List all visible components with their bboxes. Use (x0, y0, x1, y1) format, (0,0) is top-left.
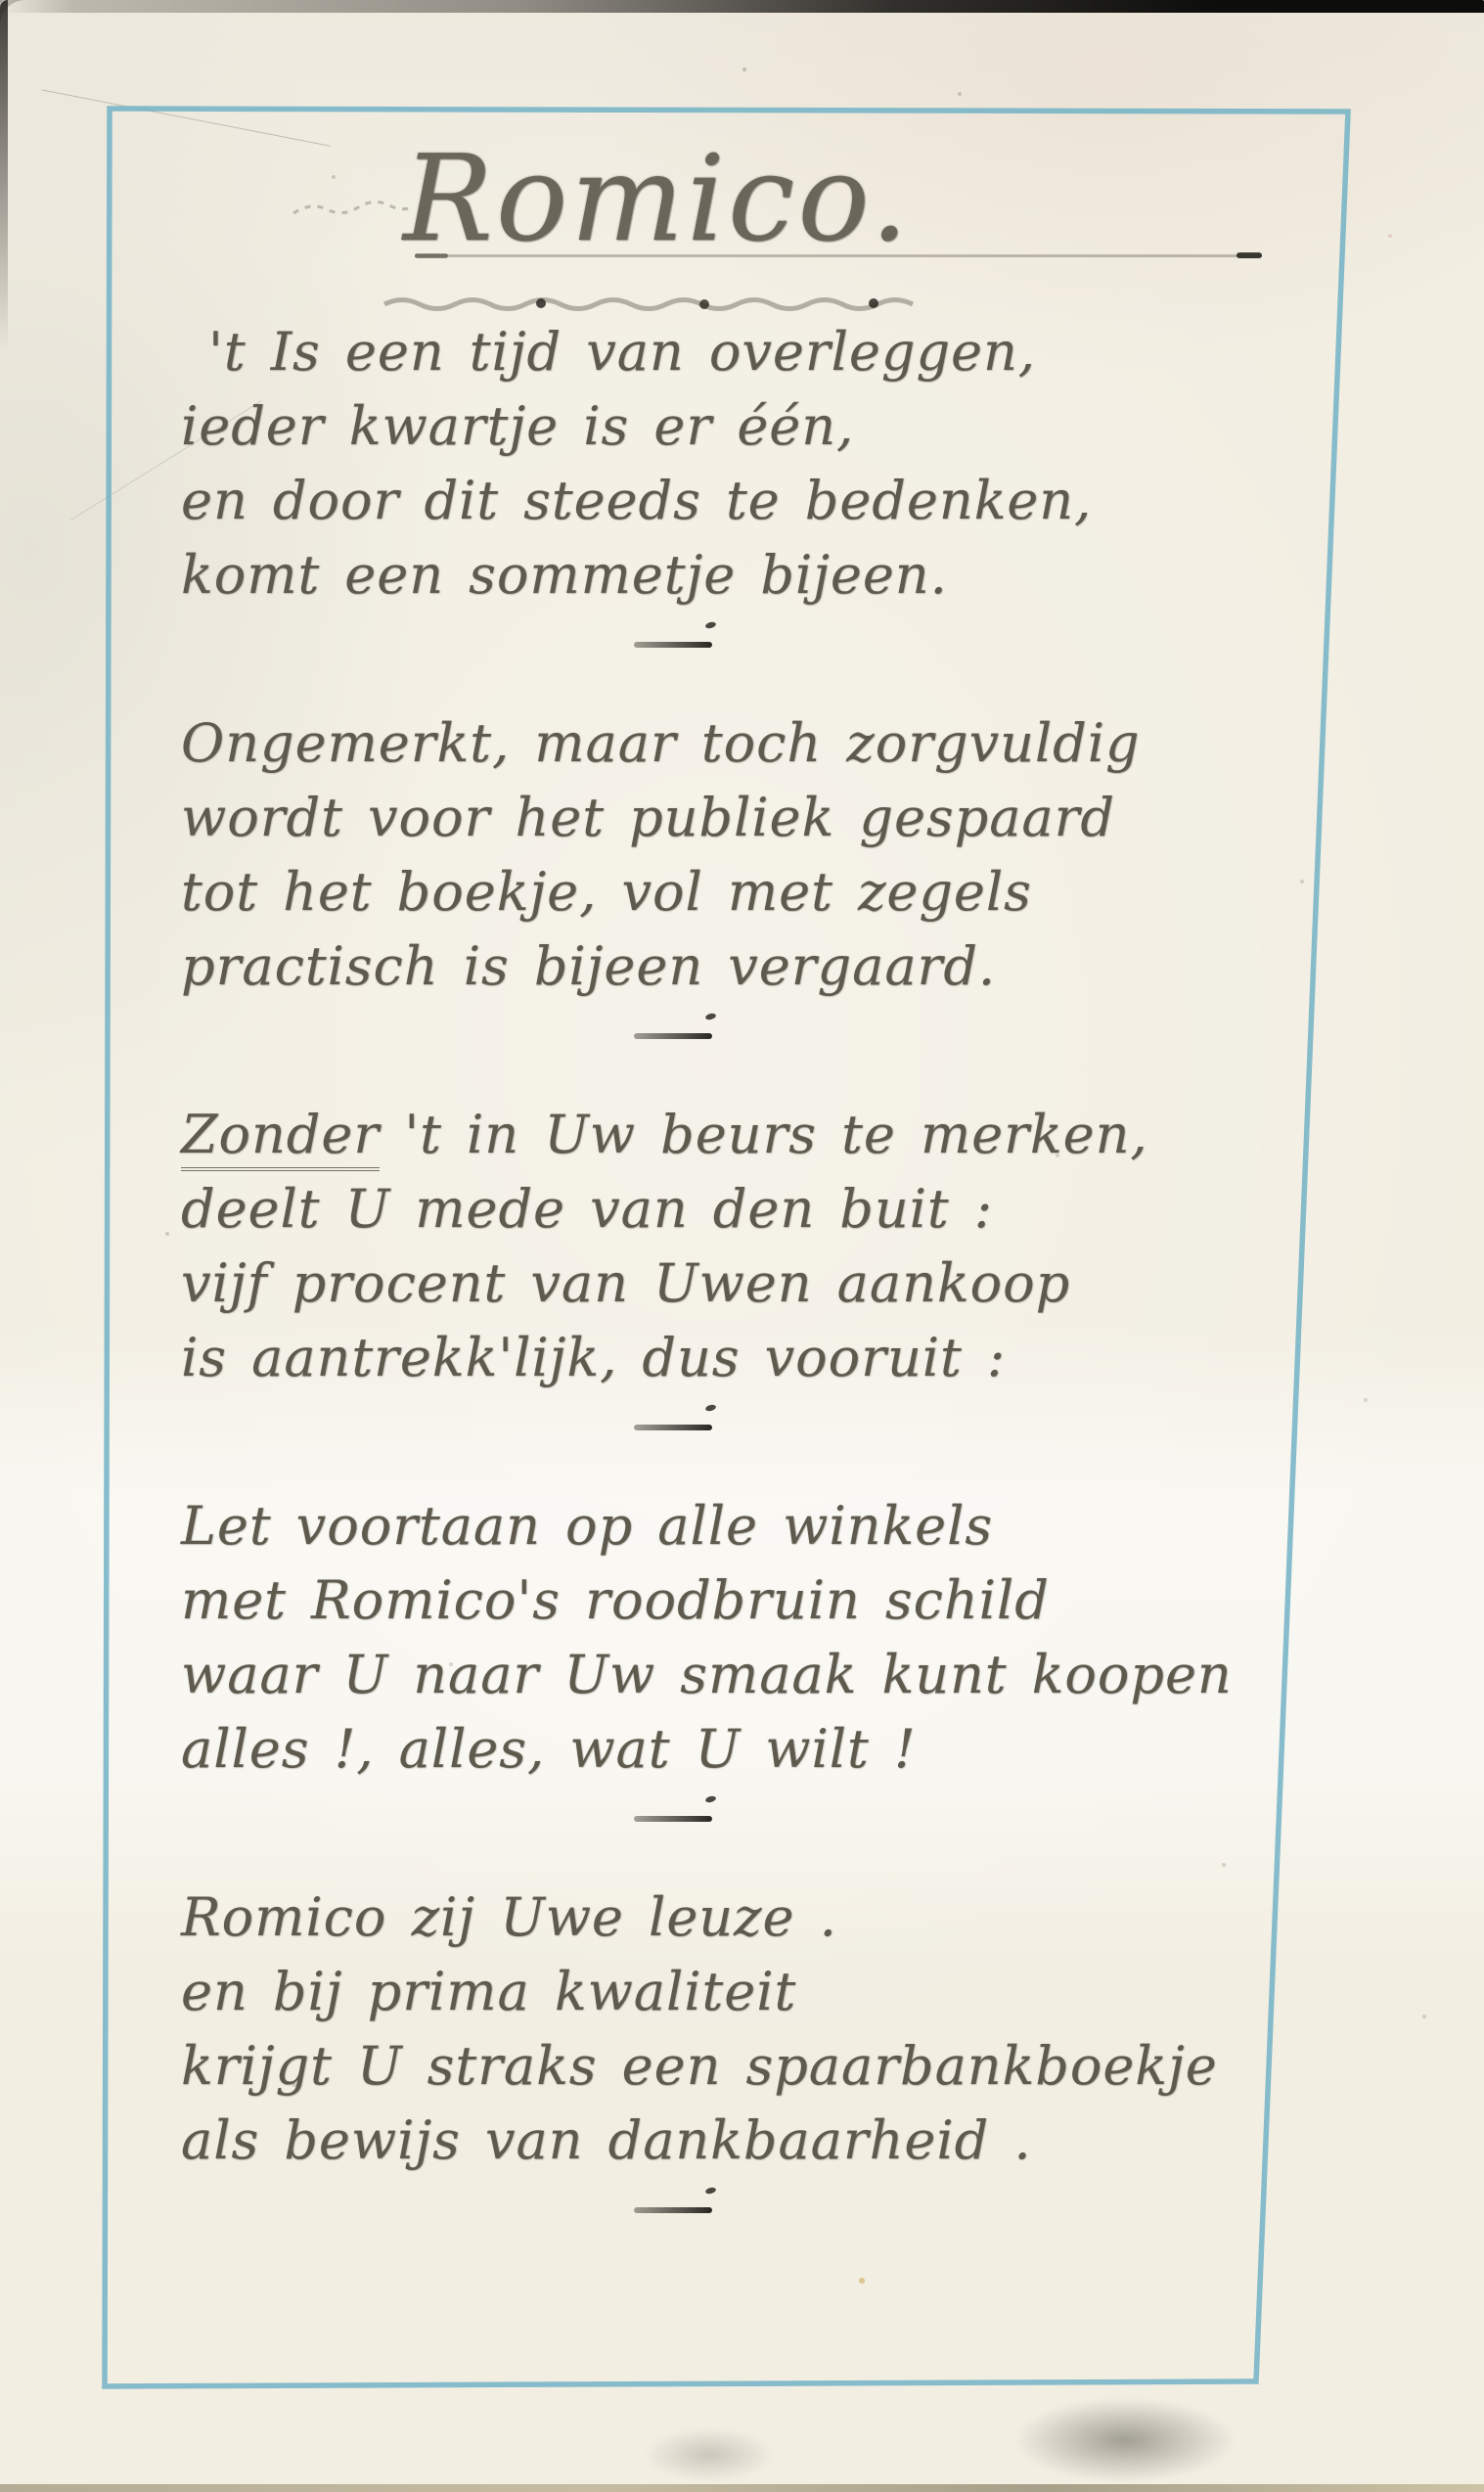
poem-line: en door dit steeds te bedenken, (181, 464, 1296, 538)
poem-line: practisch is bijeen vergaard. (181, 929, 1296, 1004)
poem-title: Romico. (403, 129, 912, 268)
poem-line: en bij prima kwaliteit (181, 1955, 1296, 2029)
poem-line: alles !, alles, wat U wilt ! (181, 1712, 1296, 1787)
stray-pencil-mark (290, 194, 417, 223)
poem-line: tot het boekje, vol met zegels (181, 855, 1296, 929)
poem-line: Romico zij Uwe leuze . (181, 1880, 1296, 1955)
poem-line: krijgt U straks een spaarbankboekje (181, 2029, 1296, 2104)
poem-line: Let voortaan op alle winkels (181, 1489, 1296, 1563)
underline-tick (1237, 252, 1262, 258)
poem-line: Ongemerkt, maar toch zorgvuldig (181, 706, 1296, 781)
poem-line: als bewijs van dankbaarheid . (181, 2104, 1296, 2178)
title-underline-rule (415, 254, 1262, 257)
stanza-separator-dash (634, 1033, 712, 1039)
poem-line: vijf procent van Uwen aankoop (181, 1246, 1296, 1321)
stanza-separator-dash (634, 642, 712, 648)
poem-line: met Romico's roodbruin schild (181, 1563, 1296, 1638)
title-wavy-underline (380, 290, 937, 317)
underlined-word: Zonder (181, 1104, 380, 1171)
postcard-page: Romico. 't Is een tijd van overleggen,ie… (0, 0, 1484, 2492)
poem-line: wordt voor het publiek gespaard (181, 781, 1296, 855)
stanza-separator-dash (634, 1816, 712, 1822)
poem-line: Zonder 't in Uw beurs te merken, (181, 1098, 1296, 1172)
poem-line: 't Is een tijd van overleggen, (181, 315, 1296, 389)
stanza-separator-dash (634, 2207, 712, 2213)
poem-body: 't Is een tijd van overleggen,ieder kwar… (181, 315, 1296, 2272)
poem-line: is aantrekk'lijk, dus vooruit : (181, 1321, 1296, 1395)
underline-tick (415, 253, 448, 258)
poem-line: deelt U mede van den buit : (181, 1172, 1296, 1246)
stanza-separator-dash (634, 1425, 712, 1430)
poem-line: waar U naar Uw smaak kunt koopen (181, 1638, 1296, 1712)
poem-line: ieder kwartje is er één, (181, 389, 1296, 464)
poem-line: komt een sommetje bijeen. (181, 538, 1296, 612)
